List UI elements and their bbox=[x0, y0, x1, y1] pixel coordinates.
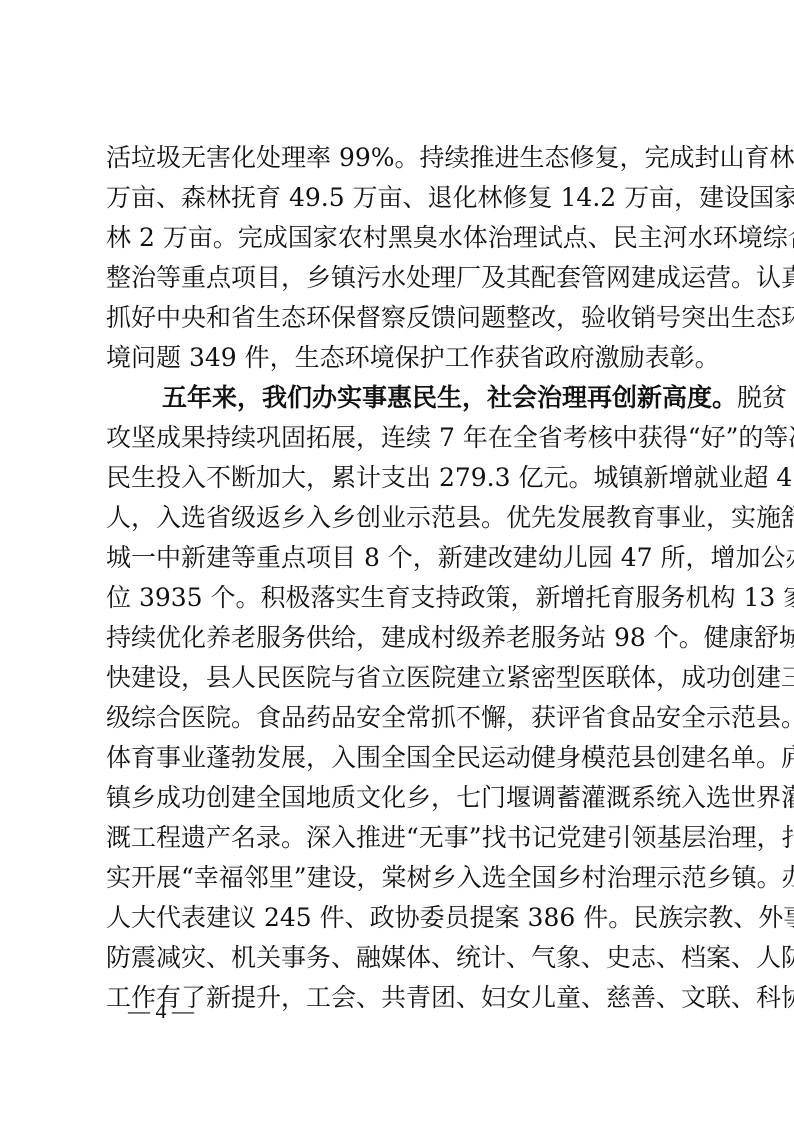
text-line: 防震减灾、机关事务、融媒体、统计、气象、史志、档案、人防等 bbox=[106, 938, 692, 978]
section-heading-line: 五年来，我们办实事惠民生，社会治理再创新高度。脱贫 bbox=[162, 378, 692, 418]
text-line: 镇乡成功创建全国地质文化乡，七门堰调蓄灌溉系统入选世界灌 bbox=[106, 778, 692, 818]
text-line: 万亩、森林抚育 49.5 万亩、退化林修复 14.2 万亩，建设国家储备 bbox=[106, 178, 692, 218]
text-line: 境问题 349 件，生态环境保护工作获省政府激励表彰。 bbox=[106, 338, 692, 378]
text-line: 林 2 万亩。完成国家农村黑臭水体治理试点、民主河水环境综合 bbox=[106, 218, 692, 258]
text-line: 人大代表建议 245 件、政协委员提案 386 件。民族宗教、外事侨务、 bbox=[106, 898, 692, 938]
text-line: 级综合医院。食品药品安全常抓不懈，获评省食品安全示范县。 bbox=[106, 698, 692, 738]
text-line: 快建设，县人民医院与省立医院建立紧密型医联体，成功创建三 bbox=[106, 658, 692, 698]
text-line: 人，入选省级返乡入乡创业示范县。优先发展教育事业，实施舒 bbox=[106, 498, 692, 538]
page-number: — 4 — bbox=[128, 996, 194, 1026]
text-line: 城一中新建等重点项目 8 个，新建改建幼儿园 47 所，增加公办学 bbox=[106, 538, 692, 578]
text-line: 整治等重点项目，乡镇污水处理厂及其配套管网建成运营。认真 bbox=[106, 258, 692, 298]
text-line: 溉工程遗产名录。深入推进“无事”找书记党建引领基层治理，扎 bbox=[106, 818, 692, 858]
text-line: 位 3935 个。积极落实生育支持政策，新增托育服务机构 13 家。 bbox=[106, 578, 692, 618]
text-line: 实开展“幸福邻里”建设，棠树乡入选全国乡村治理示范乡镇。办理 bbox=[106, 858, 692, 898]
document-page: 活垃圾无害化处理率 99%。持续推进生态修复，完成封山育林 12.5 万亩、森林… bbox=[0, 0, 794, 1122]
text-line: 抓好中央和省生态环保督察反馈问题整改，验收销号突出生态环 bbox=[106, 298, 692, 338]
text-line: 攻坚成果持续巩固拓展，连续 7 年在全省考核中获得“好”的等次。 bbox=[106, 418, 692, 458]
text-fragment: 脱贫 bbox=[737, 383, 787, 412]
text-line: 持续优化养老服务供给，建成村级养老服务站 98 个。健康舒城加 bbox=[106, 618, 692, 658]
section-heading: 五年来，我们办实事惠民生，社会治理再创新高度。 bbox=[162, 383, 737, 412]
text-line: 活垃圾无害化处理率 99%。持续推进生态修复，完成封山育林 12.5 bbox=[106, 138, 692, 178]
text-line: 体育事业蓬勃发展，入围全国全民运动健身模范县创建名单。庐 bbox=[106, 738, 692, 778]
text-line: 民生投入不断加大，累计支出 279.3 亿元。城镇新增就业超 4 万 bbox=[106, 458, 692, 498]
